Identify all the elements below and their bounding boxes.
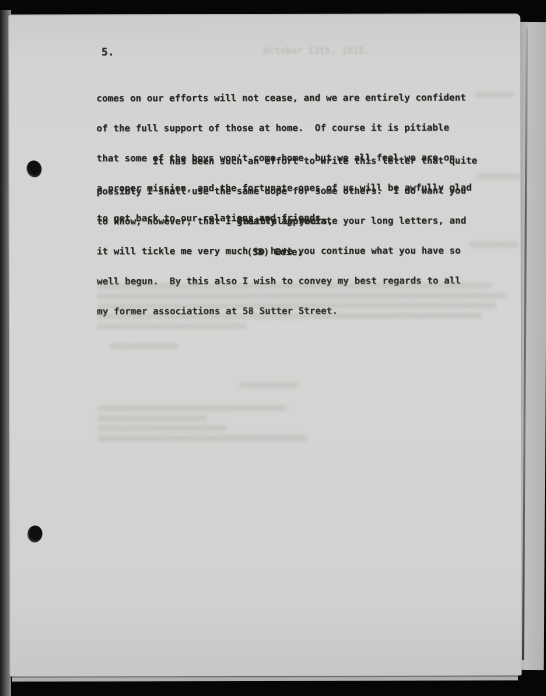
bleed-through-smudge [97, 415, 207, 421]
bleed-through-smudge [239, 382, 299, 388]
paragraph-2-line: It has been such an effort to write this… [97, 157, 478, 168]
paragraph-2-line: possibly I shall use the same dope for s… [97, 187, 478, 198]
bleed-through-smudge [477, 173, 521, 179]
bleed-through-smudge [109, 343, 179, 349]
bleed-through-date: October 13th, 1918. [263, 46, 369, 57]
bleed-through-smudge [97, 292, 507, 299]
paragraph-1-line: comes on our efforts will not cease, and… [96, 94, 471, 105]
bleed-through-smudge [97, 313, 482, 320]
bleed-through-smudge [97, 323, 247, 329]
bleed-through-smudge [97, 303, 497, 310]
letter-sheet: October 13th, 1918. 5. comes on our effo… [8, 13, 521, 676]
signature-line: (SB) Edie. [247, 248, 303, 258]
bleed-through-smudge [97, 435, 307, 441]
scanned-letter-page: October 13th, 1918. 5. comes on our effo… [0, 0, 546, 696]
bleed-through-smudge [469, 241, 519, 247]
bleed-through-smudge [474, 91, 514, 97]
bleed-through-smudge [97, 425, 227, 431]
bleed-through-smudge [97, 405, 287, 411]
hole-punch-top [25, 159, 43, 179]
hole-punch-bottom [26, 525, 43, 544]
page-number: 5. [101, 47, 114, 57]
closing-line: Faithfully yours, [238, 217, 333, 227]
bleed-through-smudge [97, 283, 493, 290]
paragraph-1-line: of the full support of those at home. Of… [97, 124, 472, 135]
